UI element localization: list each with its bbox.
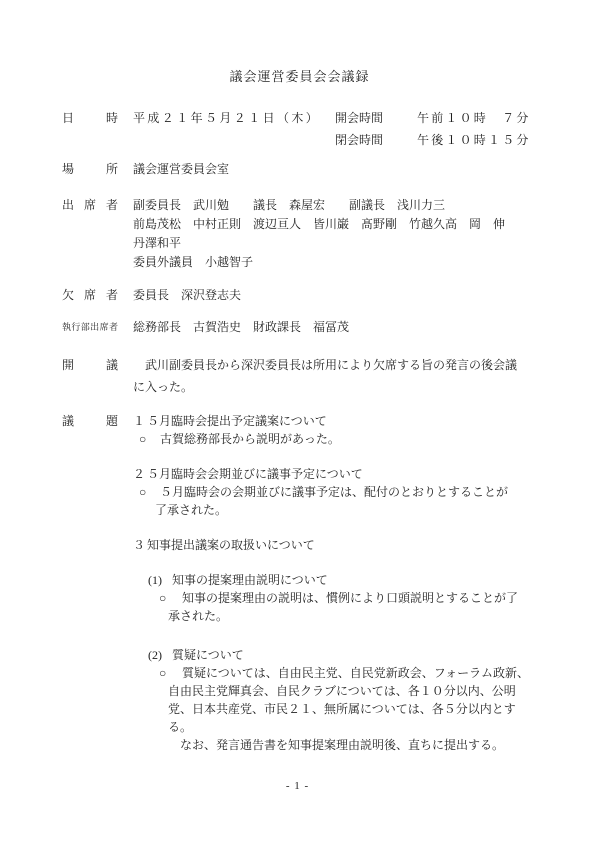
page-number: - 1 - <box>0 780 595 792</box>
absentees-value: 委員長 深沢登志夫 <box>133 286 537 304</box>
attendees-line-3: 丹澤和平 <box>133 234 537 253</box>
agenda-item-3-sub-2-title: 質疑について <box>172 646 537 664</box>
agenda-item-3-sub-2: (2) 質疑について <box>148 646 537 664</box>
agenda-item-3-sub-1-result: ○ 知事の提案理由の説明は、慣例により口頭説明とすることが了 承された。 <box>133 589 537 625</box>
attendees-line-4: 委員外議員 小越智子 <box>133 253 537 272</box>
place-label: 場所 <box>62 160 118 178</box>
close-time-value: 午後１０時１５分 <box>417 129 531 151</box>
agenda-item-3-title: 知事提出議案の取扱いについて <box>147 536 537 554</box>
open-time-label: 開会時間 <box>335 107 417 129</box>
agenda-item-3-sub-2-result: ○ 質疑については、自由民主党、自民党新政会、フォーラム政新、 自由民主党輝真会… <box>133 664 537 754</box>
agenda-item-1-number: １ <box>133 412 147 430</box>
agenda-item-3-sub-1-result-text: 知事の提案理由の説明は、慣例により口頭説明とすることが了 承された。 <box>168 589 537 625</box>
circle-marker: ○ <box>159 589 166 607</box>
attendees-row: 出席者 副委員長 武川勉 議長 森屋宏 副議長 浅川力三 前島茂松 中村正則 渡… <box>62 196 537 272</box>
agenda-item-2-number: ２ <box>133 465 147 483</box>
agenda-item-2: ２ ５月臨時会会期並びに議事予定について <box>133 465 537 483</box>
agenda-item-1-title: ５月臨時会提出予定議案について <box>147 412 537 430</box>
agenda-item-3-sub-1-number: (1) <box>148 571 172 589</box>
opening-text: 武川副委員長から深沢委員長は所用により欠席する旨の発言の後会議 に入った。 <box>133 354 537 398</box>
date-time-content: 平成２１年５月２１日（木） 開会時間 午前１０時 ７分 閉会時間 午後１０時１５… <box>133 107 537 151</box>
document-title: 議会運営委員会会議録 <box>62 68 537 86</box>
close-time-label: 閉会時間 <box>335 129 417 151</box>
open-time-value: 午前１０時 ７分 <box>417 107 531 129</box>
agenda-item-3-sub-2-number: (2) <box>148 646 172 664</box>
absentees-label: 欠席者 <box>62 286 118 304</box>
executive-attendees-row: 執行部出席者 総務部長 古賀浩史 財政課長 福冨茂 <box>62 318 537 336</box>
attendees-content: 副委員長 武川勉 議長 森屋宏 副議長 浅川力三 前島茂松 中村正則 渡辺亘人 … <box>133 196 537 272</box>
agenda-label: 議題 <box>62 412 118 430</box>
place-row: 場所 議会運営委員会室 <box>62 160 537 178</box>
date-time-label: 日時 <box>62 107 118 129</box>
circle-marker: ○ <box>159 664 166 682</box>
absentees-row: 欠席者 委員長 深沢登志夫 <box>62 286 537 304</box>
opening-label: 開議 <box>62 354 118 376</box>
opening-row: 開議 武川副委員長から深沢委員長は所用により欠席する旨の発言の後会議 に入った。 <box>62 354 537 398</box>
agenda-item-3-sub-2-result-text: 質疑については、自由民主党、自民党新政会、フォーラム政新、 自由民主党輝真会、自… <box>168 664 537 754</box>
date-spacer <box>133 129 335 151</box>
circle-marker: ○ <box>139 483 146 501</box>
document-page: 議会運営委員会会議録 日時 平成２１年５月２１日（木） 開会時間 午前１０時 ７… <box>0 0 595 842</box>
document-body: 議会運営委員会会議録 日時 平成２１年５月２１日（木） 開会時間 午前１０時 ７… <box>0 0 595 754</box>
agenda-item-3: ３ 知事提出議案の取扱いについて <box>133 536 537 554</box>
agenda-content: １ ５月臨時会提出予定議案について ○ 古賀総務部長から説明があった。 ２ ５月… <box>133 412 537 754</box>
agenda-item-3-sub-1-title: 知事の提案理由説明について <box>172 571 537 589</box>
circle-marker: ○ <box>139 430 146 448</box>
meeting-date: 平成２１年５月２１日（木） <box>133 107 335 129</box>
executive-attendees-label: 執行部出席者 <box>62 318 118 336</box>
agenda-item-3-number: ３ <box>133 536 147 554</box>
agenda-item-1-result-text: 古賀総務部長から説明があった。 <box>155 430 537 448</box>
date-open-line: 平成２１年５月２１日（木） 開会時間 午前１０時 ７分 <box>133 107 537 129</box>
agenda-item-2-result-text: ５月臨時会の会期並びに議事予定は、配付のとおりとすることが 了承された。 <box>155 483 537 519</box>
agenda-item-3-sub-1: (1) 知事の提案理由説明について <box>148 571 537 589</box>
date-time-row: 日時 平成２１年５月２１日（木） 開会時間 午前１０時 ７分 閉会時間 午後１０… <box>62 107 537 151</box>
agenda-row: 議題 １ ５月臨時会提出予定議案について ○ 古賀総務部長から説明があった。 ２… <box>62 412 537 754</box>
agenda-item-2-result: ○ ５月臨時会の会期並びに議事予定は、配付のとおりとすることが 了承された。 <box>133 483 537 519</box>
agenda-item-2-title: ５月臨時会会期並びに議事予定について <box>147 465 537 483</box>
attendees-line-2: 前島茂松 中村正則 渡辺亘人 皆川巌 髙野剛 竹越久高 岡 伸 <box>133 215 537 234</box>
agenda-item-1-result: ○ 古賀総務部長から説明があった。 <box>133 430 537 448</box>
place-value: 議会運営委員会室 <box>133 160 537 178</box>
attendees-line-1: 副委員長 武川勉 議長 森屋宏 副議長 浅川力三 <box>133 196 537 215</box>
executive-attendees-value: 総務部長 古賀浩史 財政課長 福冨茂 <box>133 318 537 336</box>
agenda-item-1: １ ５月臨時会提出予定議案について <box>133 412 537 430</box>
attendees-label: 出席者 <box>62 196 118 215</box>
close-line: 閉会時間 午後１０時１５分 <box>133 129 537 151</box>
